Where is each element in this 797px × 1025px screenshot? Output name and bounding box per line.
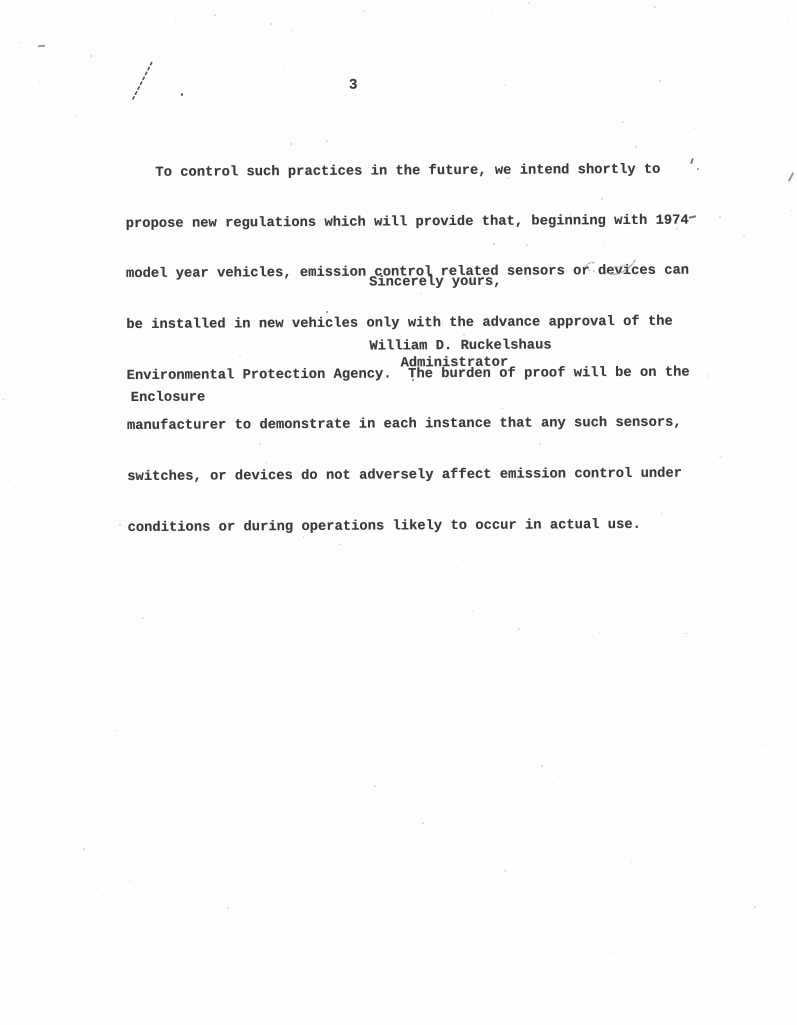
- signer-name: William D. Ruckelshaus: [369, 338, 551, 354]
- pencil-squiggle-mark: [584, 255, 652, 283]
- body-line: switches, or devices do not adversely af…: [127, 467, 690, 487]
- body-line: propose new regulations which will provi…: [126, 213, 689, 233]
- body-line: be installed in new vehicles only with t…: [126, 315, 689, 335]
- enclosure-note: Enclosure: [131, 391, 206, 406]
- signer-title: Administrator: [401, 356, 509, 372]
- closing-salutation: Sincerely yours,: [369, 275, 502, 291]
- handwritten-slash-mark: [128, 58, 158, 104]
- scanned-letter-page: 3 To control such practices in the futur…: [0, 0, 797, 1025]
- ink-speck: [326, 311, 328, 313]
- ink-speck: [697, 168, 699, 170]
- typed-content: 3 To control such practices in the futur…: [0, 0, 797, 1025]
- page-number: 3: [349, 78, 358, 94]
- body-line: manufacturer to demonstrate in each inst…: [127, 416, 690, 436]
- ink-speck: [181, 93, 184, 96]
- body-line: conditions or during operations likely t…: [128, 517, 691, 537]
- body-line: To control such practices in the future,…: [125, 162, 688, 182]
